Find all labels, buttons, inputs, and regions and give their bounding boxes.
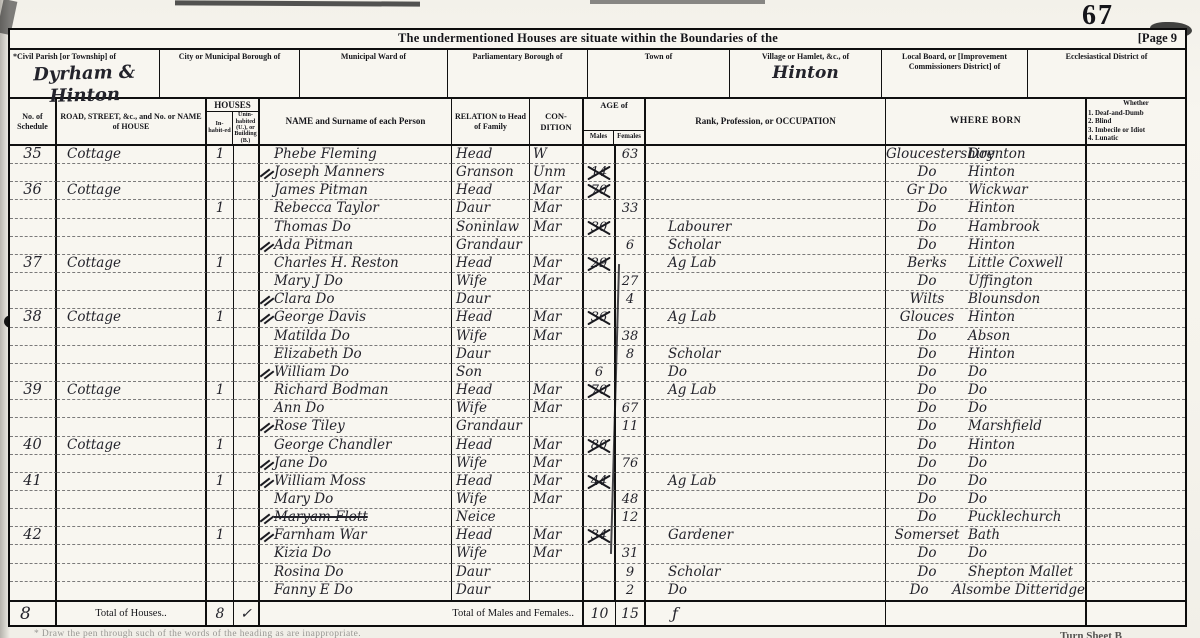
inhabited-cell <box>207 237 234 255</box>
born-county: Do <box>886 364 968 381</box>
born-place: Uffington <box>968 273 1085 290</box>
born-county: Do <box>886 491 968 508</box>
schedule-cell <box>10 400 57 418</box>
born-county: Do <box>886 328 968 345</box>
name-cell: Ann Do <box>260 400 452 418</box>
village-hamlet-cell: Village or Hamlet, &c., of Hinton <box>730 50 882 97</box>
town-cell: Town of <box>588 50 730 97</box>
occupation-cell <box>646 509 886 527</box>
uninhabited-cell <box>234 200 260 218</box>
age-female-cell: 9 <box>616 564 646 582</box>
uninhabited-cell <box>234 309 260 327</box>
total-males-value: 10 <box>591 606 609 622</box>
inhabited-cell <box>207 491 234 509</box>
condition-cell <box>530 237 584 255</box>
page-label: [Page 9 <box>1138 31 1177 46</box>
road-cell: Cottage <box>57 255 207 273</box>
relation-cell: Head <box>452 527 530 545</box>
local-board-label: Local Board, or [Improvement Commissione… <box>882 52 1027 71</box>
condition-cell: Mar <box>530 328 584 346</box>
infirmity-cell <box>1087 491 1185 509</box>
born-county: Somerset <box>886 527 968 544</box>
born-place: Do <box>968 545 1085 562</box>
record-grid: 35Cottage1Phebe FlemingHeadW63Gloucester… <box>10 146 1185 600</box>
record-row: Matilda DoWifeMar38DoAbson <box>10 328 1185 346</box>
road-cell <box>57 473 207 491</box>
header-inhabited: In-habit-ed <box>207 112 233 144</box>
where-born-cell: DoHinton <box>886 437 1087 455</box>
condition-cell: Mar <box>530 309 584 327</box>
name-cell: Maryam Flott <box>260 509 452 527</box>
occupation-cell: Scholar <box>646 564 886 582</box>
age-male-cell <box>584 491 616 509</box>
header-whether-item-2: 2. Blind <box>1088 117 1111 126</box>
form-title: The undermentioned Houses are situate wi… <box>398 31 778 46</box>
road-cell <box>57 455 207 473</box>
schedule-cell <box>10 455 57 473</box>
age-male-cell: 30 <box>584 219 616 237</box>
road-cell: Cottage <box>57 146 207 164</box>
where-born-cell: DoHinton <box>886 346 1087 364</box>
age-female-cell <box>616 309 646 327</box>
check-slash-mark <box>260 314 271 323</box>
where-born-cell: BerksLittle Coxwell <box>886 255 1087 273</box>
name-cell: William Moss <box>260 473 452 491</box>
condition-cell: Mar <box>530 182 584 200</box>
born-place: Hambrook <box>968 219 1085 236</box>
totals-schedule-note: 8 <box>20 604 31 624</box>
relation-cell: Wife <box>452 455 530 473</box>
header-whether-item-4: 4. Lunatic <box>1088 134 1118 143</box>
record-row: 40Cottage1George ChandlerHeadMar80DoHint… <box>10 437 1185 455</box>
relation-cell: Daur <box>452 346 530 364</box>
road-cell <box>57 291 207 309</box>
check-slash-mark <box>260 477 271 486</box>
uninhabited-cell <box>234 273 260 291</box>
occupation-cell: Ag Lab <box>646 382 886 400</box>
uninhabited-cell <box>234 545 260 563</box>
ecclesiastical-district-label: Ecclesiastical District of <box>1028 52 1185 62</box>
where-born-cell: DoMarshfield <box>886 418 1087 436</box>
header-uninhabited: Unin-habited (U.), or Building (B.) <box>233 112 258 144</box>
inhabited-cell <box>207 164 234 182</box>
record-row: 421Farnham WarHeadMar34GardenerSomersetB… <box>10 527 1185 545</box>
inhabited-cell <box>207 346 234 364</box>
born-place: Wickwar <box>968 182 1085 199</box>
age-male-cell <box>584 200 616 218</box>
born-county: Wilts <box>886 291 968 308</box>
born-place: Abson <box>968 328 1085 345</box>
age-male-cell <box>584 346 616 364</box>
age-male-cell: 29 <box>584 255 616 273</box>
relation-cell: Daur <box>452 582 530 600</box>
header-houses: HOUSES In-habit-ed Unin-habited (U.), or… <box>207 99 260 144</box>
born-county: Do <box>886 400 968 417</box>
born-county: Do <box>886 455 968 472</box>
uninhabited-cell <box>234 582 260 600</box>
uninhabited-cell <box>234 219 260 237</box>
check-slash-mark <box>260 532 271 541</box>
condition-cell: Mar <box>530 527 584 545</box>
condition-cell <box>530 346 584 364</box>
name-cell: Thomas Do <box>260 219 452 237</box>
infirmity-cell <box>1087 545 1185 563</box>
age-male-cell: 70 <box>584 182 616 200</box>
born-county: Do <box>886 219 968 236</box>
name-cell: Clara Do <box>260 291 452 309</box>
born-county: Do <box>886 164 968 181</box>
inhabited-cell: 1 <box>207 200 234 218</box>
local-board-cell: Local Board, or [Improvement Commissione… <box>882 50 1028 97</box>
header-whether-item-1: 1. Deaf-and-Dumb <box>1088 109 1144 118</box>
form-footnote: * Draw the pen through such of the words… <box>34 629 361 638</box>
infirmity-cell <box>1087 382 1185 400</box>
record-row: 38Cottage1George DavisHeadMar36Ag LabGlo… <box>10 309 1185 327</box>
city-borough-cell: City or Municipal Borough of <box>160 50 300 97</box>
age-male-cell <box>584 564 616 582</box>
infirmity-cell <box>1087 582 1185 600</box>
occupation-cell: Gardener <box>646 527 886 545</box>
record-row: Mary J DoWifeMar27DoUffington <box>10 273 1185 291</box>
occupation-cell: Do <box>646 582 886 600</box>
born-county: Do <box>886 200 968 217</box>
schedule-cell <box>10 200 57 218</box>
uninhabited-cell <box>234 328 260 346</box>
age-male-cell: 34 <box>584 527 616 545</box>
schedule-cell <box>10 545 57 563</box>
infirmity-cell <box>1087 437 1185 455</box>
where-born-cell: DoDo <box>886 400 1087 418</box>
record-row: Jane DoWifeMar76DoDo <box>10 455 1185 473</box>
occupation-cell <box>646 400 886 418</box>
inhabited-cell: 1 <box>207 146 234 164</box>
record-row: Ann DoWifeMar67DoDo <box>10 400 1185 418</box>
occupation-cell <box>646 291 886 309</box>
record-row: Joseph MannersGransonUnm14DoHinton <box>10 164 1185 182</box>
relation-cell: Head <box>452 182 530 200</box>
condition-cell: Mar <box>530 437 584 455</box>
road-cell <box>57 491 207 509</box>
road-cell: Cottage <box>57 382 207 400</box>
occupation-cell: Labourer <box>646 219 886 237</box>
title-band: The undermentioned Houses are situate wi… <box>10 30 1185 50</box>
record-row: Ada PitmanGrandaur6ScholarDoHinton <box>10 237 1185 255</box>
relation-cell: Daur <box>452 291 530 309</box>
occupation-cell: Ag Lab <box>646 255 886 273</box>
schedule-cell <box>10 582 57 600</box>
name-cell: Ada Pitman <box>260 237 452 255</box>
condition-cell: Mar <box>530 200 584 218</box>
sheet-note: Turn Sheet B <box>1060 630 1122 638</box>
age-male-cell: 44 <box>584 473 616 491</box>
name-cell: Fanny E Do <box>260 582 452 600</box>
check-slash-mark <box>260 241 271 250</box>
born-county: Glouces <box>886 309 968 326</box>
check-slash-mark <box>260 459 271 468</box>
city-borough-label: City or Municipal Borough of <box>160 52 299 62</box>
uninhabited-cell <box>234 400 260 418</box>
header-where-born: WHERE BORN <box>886 99 1087 144</box>
born-county: Do <box>886 273 968 290</box>
born-county: Do <box>886 473 968 490</box>
name-cell: Jane Do <box>260 455 452 473</box>
born-county: Do <box>886 564 968 581</box>
born-county: Gloucestershire <box>886 146 968 163</box>
age-male-cell <box>584 291 616 309</box>
road-cell <box>57 164 207 182</box>
schedule-cell <box>10 364 57 382</box>
uninhabited-cell <box>234 455 260 473</box>
born-place: Do <box>968 491 1085 508</box>
header-occupation: Rank, Profession, or OCCUPATION <box>646 99 886 144</box>
condition-cell <box>530 291 584 309</box>
road-cell <box>57 564 207 582</box>
infirmity-cell <box>1087 473 1185 491</box>
age-female-cell: 27 <box>616 273 646 291</box>
check-slash-mark <box>260 423 271 432</box>
total-houses-value: 8 <box>216 606 225 622</box>
road-cell <box>57 582 207 600</box>
where-born-cell: DoAbson <box>886 328 1087 346</box>
age-female-cell: 8 <box>616 346 646 364</box>
ink-smudge <box>590 0 765 4</box>
condition-cell: Mar <box>530 473 584 491</box>
age-male-cell: 70 <box>584 382 616 400</box>
schedule-cell <box>10 346 57 364</box>
relation-cell: Wife <box>452 400 530 418</box>
age-female-cell: 12 <box>616 509 646 527</box>
born-county: Berks <box>886 255 968 272</box>
road-cell: Cottage <box>57 182 207 200</box>
age-female-cell: 63 <box>616 146 646 164</box>
name-cell: Charles H. Reston <box>260 255 452 273</box>
totals-born-cell <box>886 602 1087 625</box>
relation-cell: Daur <box>452 200 530 218</box>
uninhabited-cell <box>234 255 260 273</box>
where-born-cell: DoPucklechurch <box>886 509 1087 527</box>
age-male-cell <box>584 237 616 255</box>
occupation-cell <box>646 437 886 455</box>
record-row: Clara DoDaur4WiltsBlounsdon <box>10 291 1185 309</box>
age-male-cell <box>584 146 616 164</box>
occupation-cell: Do <box>646 364 886 382</box>
uninhabited-cell <box>234 473 260 491</box>
header-infirmity: Whether 1. Deaf-and-Dumb 2. Blind 3. Imb… <box>1087 99 1185 144</box>
inhabited-cell <box>207 400 234 418</box>
uninhabited-cell <box>234 182 260 200</box>
inhabited-cell: 1 <box>207 473 234 491</box>
age-female-cell <box>616 364 646 382</box>
relation-cell: Wife <box>452 328 530 346</box>
road-cell <box>57 527 207 545</box>
age-female-cell: 48 <box>616 491 646 509</box>
name-cell: Rebecca Taylor <box>260 200 452 218</box>
occupation-cell <box>646 200 886 218</box>
inhabited-cell <box>207 182 234 200</box>
where-born-cell: DoUffington <box>886 273 1087 291</box>
where-born-cell: DoDo <box>886 364 1087 382</box>
check-slash-mark <box>260 514 271 523</box>
village-hamlet-value: Hinton <box>730 63 881 83</box>
name-cell: Richard Bodman <box>260 382 452 400</box>
occupation-cell <box>646 164 886 182</box>
schedule-cell <box>10 164 57 182</box>
name-cell: Rose Tiley <box>260 418 452 436</box>
occupation-cell <box>646 418 886 436</box>
infirmity-cell <box>1087 400 1185 418</box>
condition-cell <box>530 509 584 527</box>
age-male-cell <box>584 455 616 473</box>
record-row: 411William MossHeadMar44Ag LabDoDo <box>10 473 1185 491</box>
header-name: NAME and Surname of each Person <box>260 99 452 144</box>
condition-cell: W <box>530 146 584 164</box>
born-place: Bath <box>968 527 1085 544</box>
municipal-ward-label: Municipal Ward of <box>300 52 447 62</box>
relation-cell: Head <box>452 382 530 400</box>
born-place: Hinton <box>968 437 1085 454</box>
infirmity-cell <box>1087 309 1185 327</box>
name-cell: Kizia Do <box>260 545 452 563</box>
born-place: Do <box>968 473 1085 490</box>
header-whether: Whether <box>1123 100 1149 108</box>
inhabited-cell: 1 <box>207 382 234 400</box>
occupation-cell <box>646 491 886 509</box>
age-female-cell: 6 <box>616 237 646 255</box>
born-place: Shepton Mallet <box>968 564 1085 581</box>
header-age-males: Males <box>584 131 614 144</box>
born-place: Hinton <box>968 346 1085 363</box>
infirmity-cell <box>1087 164 1185 182</box>
condition-cell: Unm <box>530 164 584 182</box>
check-slash-mark <box>260 296 271 305</box>
uninhabited-cell <box>234 509 260 527</box>
condition-cell: Mar <box>530 255 584 273</box>
inhabited-cell <box>207 545 234 563</box>
age-female-cell: 11 <box>616 418 646 436</box>
record-row: Elizabeth DoDaur8ScholarDoHinton <box>10 346 1185 364</box>
uninhabited-cell <box>234 146 260 164</box>
road-cell <box>57 273 207 291</box>
age-female-cell: 2 <box>616 582 646 600</box>
uninhabited-cell <box>234 527 260 545</box>
age-male-cell: 80 <box>584 437 616 455</box>
uninhabited-cell <box>234 382 260 400</box>
inhabited-cell: 1 <box>207 255 234 273</box>
road-cell <box>57 200 207 218</box>
name-cell: Mary Do <box>260 491 452 509</box>
relation-cell: Head <box>452 437 530 455</box>
name-cell: William Do <box>260 364 452 382</box>
condition-cell: Mar <box>530 545 584 563</box>
born-place: Alsombe Ditteridge <box>952 582 1085 600</box>
schedule-cell <box>10 564 57 582</box>
relation-cell: Head <box>452 473 530 491</box>
road-cell: Cottage <box>57 437 207 455</box>
infirmity-cell <box>1087 455 1185 473</box>
schedule-cell <box>10 491 57 509</box>
relation-cell: Wife <box>452 491 530 509</box>
occupation-cell: Scholar <box>646 346 886 364</box>
relation-cell: Soninlaw <box>452 219 530 237</box>
condition-cell: Mar <box>530 491 584 509</box>
relation-cell: Wife <box>452 545 530 563</box>
born-place: Marshfield <box>968 418 1085 435</box>
age-female-cell <box>616 164 646 182</box>
occupation-cell <box>646 328 886 346</box>
inhabited-cell: 1 <box>207 309 234 327</box>
schedule-cell <box>10 219 57 237</box>
age-male-cell <box>584 328 616 346</box>
header-relation: RELATION to Head of Family <box>452 99 530 144</box>
born-place: Do <box>968 400 1085 417</box>
uninhabited-cell <box>234 364 260 382</box>
age-female-cell: 38 <box>616 328 646 346</box>
inhabited-cell <box>207 364 234 382</box>
condition-cell: Mar <box>530 455 584 473</box>
condition-cell <box>530 582 584 600</box>
uninhabited-cell <box>234 237 260 255</box>
inhabited-cell <box>207 582 234 600</box>
road-cell <box>57 418 207 436</box>
born-place: Hinton <box>968 237 1085 254</box>
record-row: Thomas DoSoninlawMar30LabourerDoHambrook <box>10 219 1185 237</box>
schedule-cell <box>10 418 57 436</box>
inhabited-cell <box>207 273 234 291</box>
record-row: Maryam FlottNeice12DoPucklechurch <box>10 509 1185 527</box>
header-condition: CON-DITION <box>530 99 584 144</box>
age-male-cell <box>584 509 616 527</box>
where-born-cell: DoDo <box>886 455 1087 473</box>
infirmity-cell <box>1087 146 1185 164</box>
infirmity-cell <box>1087 255 1185 273</box>
inhabited-cell <box>207 455 234 473</box>
condition-cell: Mar <box>530 382 584 400</box>
schedule-cell <box>10 291 57 309</box>
occupation-cell <box>646 182 886 200</box>
age-female-cell: 4 <box>616 291 646 309</box>
schedule-cell <box>10 509 57 527</box>
born-place: Hinton <box>968 200 1085 217</box>
relation-cell: Head <box>452 255 530 273</box>
schedule-cell: 41 <box>10 473 57 491</box>
age-female-cell <box>616 437 646 455</box>
schedule-cell <box>10 328 57 346</box>
uninhabited-cell <box>234 164 260 182</box>
born-county: Do <box>886 509 968 526</box>
where-born-cell: DoHinton <box>886 200 1087 218</box>
born-place: Do <box>968 364 1085 381</box>
schedule-cell: 37 <box>10 255 57 273</box>
inhabited-cell <box>207 291 234 309</box>
road-cell <box>57 400 207 418</box>
occupation-cell: Ag Lab <box>646 309 886 327</box>
uninhabited-cell <box>234 491 260 509</box>
where-born-cell: GloucestershireDoynton <box>886 146 1087 164</box>
road-cell <box>57 545 207 563</box>
born-county: Do <box>886 545 968 562</box>
relation-cell: Head <box>452 309 530 327</box>
where-born-cell: DoDo <box>886 545 1087 563</box>
age-male-cell: 14 <box>584 164 616 182</box>
inhabited-cell: 1 <box>207 437 234 455</box>
inhabited-cell <box>207 564 234 582</box>
where-born-cell: Gr DoWickwar <box>886 182 1087 200</box>
schedule-cell: 36 <box>10 182 57 200</box>
born-county: Do <box>886 418 968 435</box>
column-header-row: No. of Schedule ROAD, STREET, &c., and N… <box>10 99 1185 146</box>
relation-cell: Daur <box>452 564 530 582</box>
where-born-cell: SomersetBath <box>886 527 1087 545</box>
